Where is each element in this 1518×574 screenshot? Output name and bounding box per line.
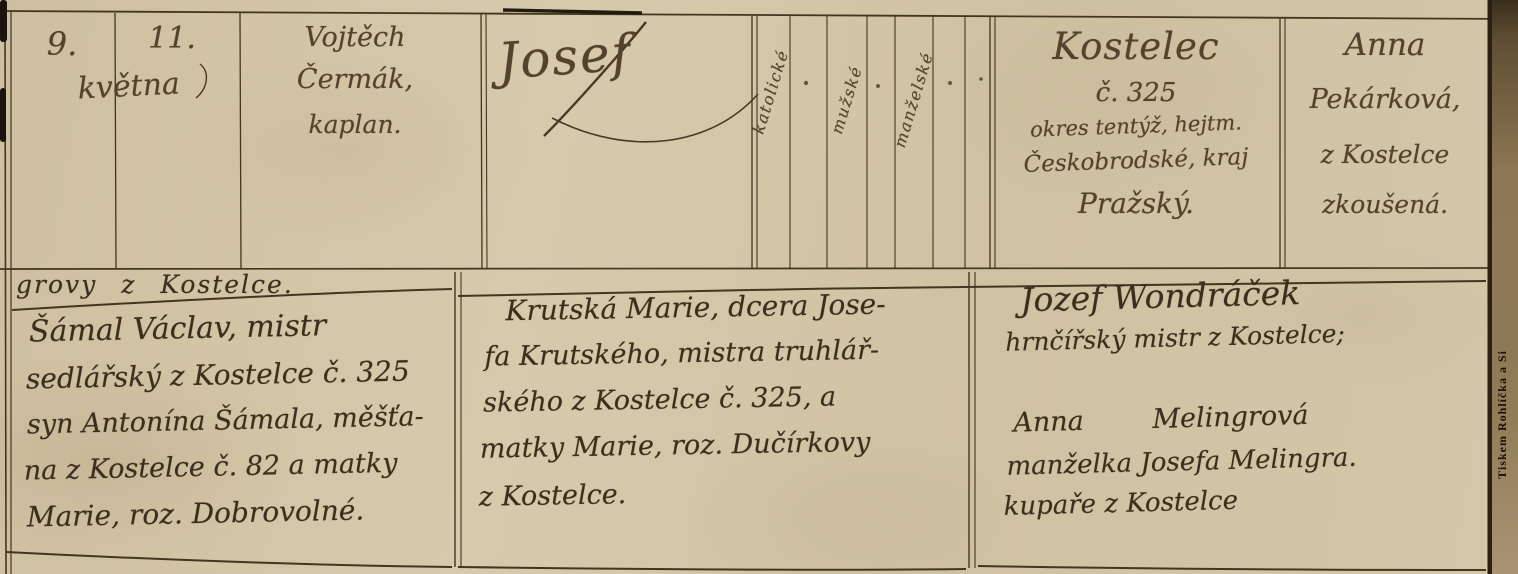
- check-dots: [804, 77, 983, 88]
- mother-line: Krutská Marie, dcera Jose-: [505, 291, 886, 326]
- birthplace-line: Kostelec: [1052, 28, 1219, 65]
- godparent-line: Jozef Wondráček: [1020, 276, 1301, 316]
- scan-edge-mark: [0, 88, 6, 142]
- father-line: na z Kostelce č. 82 a matky: [24, 450, 398, 485]
- pen-flourish: [196, 22, 758, 142]
- midwife-line: z Kostelce: [1321, 142, 1450, 167]
- month-value: května: [77, 69, 181, 104]
- birthplace-line: č. 325: [1096, 80, 1177, 106]
- father-line: syn Antonína Šámala, měšťa-: [27, 403, 424, 438]
- godparent-line: kupaře z Kostelce: [1003, 488, 1238, 520]
- midwife-line: Anna: [1345, 30, 1426, 61]
- baptizer-line: Vojtěch: [305, 24, 406, 51]
- father-line: Šámal Václav, mistr: [29, 311, 327, 347]
- birthplace-line: Pražský.: [1078, 190, 1194, 218]
- scan-edge-mark: [0, 0, 7, 42]
- midwife-line: Pekárková,: [1310, 86, 1461, 113]
- baptizer-line: Čermák,: [297, 66, 413, 93]
- baptizer-line: kaplan.: [308, 112, 401, 137]
- father-line: Marie, roz. Dobrovolné.: [27, 496, 365, 531]
- birth-day-value: 9.: [47, 28, 78, 60]
- baptism-day-value: 11.: [148, 24, 196, 54]
- midwife-line: zkoušená.: [1322, 192, 1448, 217]
- mother-line: fa Krutského, mistra truhlář-: [484, 337, 879, 371]
- page-edge-strip: Tiskem Rohlíčka a Si: [1492, 0, 1518, 574]
- cell-child-name: Josef: [496, 27, 633, 86]
- mother-line: matky Marie, roz. Dučírkovy: [480, 429, 871, 463]
- parish-register-scan: 9. 11. května Vojtěch Čermák, kaplan. Jo…: [0, 0, 1518, 574]
- mother-line: z Kostelce.: [479, 481, 627, 511]
- printer-mark: Tiskem Rohlíčka a Si: [1495, 350, 1510, 479]
- prev-record-fragment: grovy z Kostelce.: [16, 272, 294, 297]
- father-line: sedlářský z Kostelce č. 325: [26, 358, 410, 394]
- mother-line: ského z Kostelce č. 325, a: [483, 383, 836, 416]
- godparent-line: Anna Melingrová: [1013, 402, 1309, 437]
